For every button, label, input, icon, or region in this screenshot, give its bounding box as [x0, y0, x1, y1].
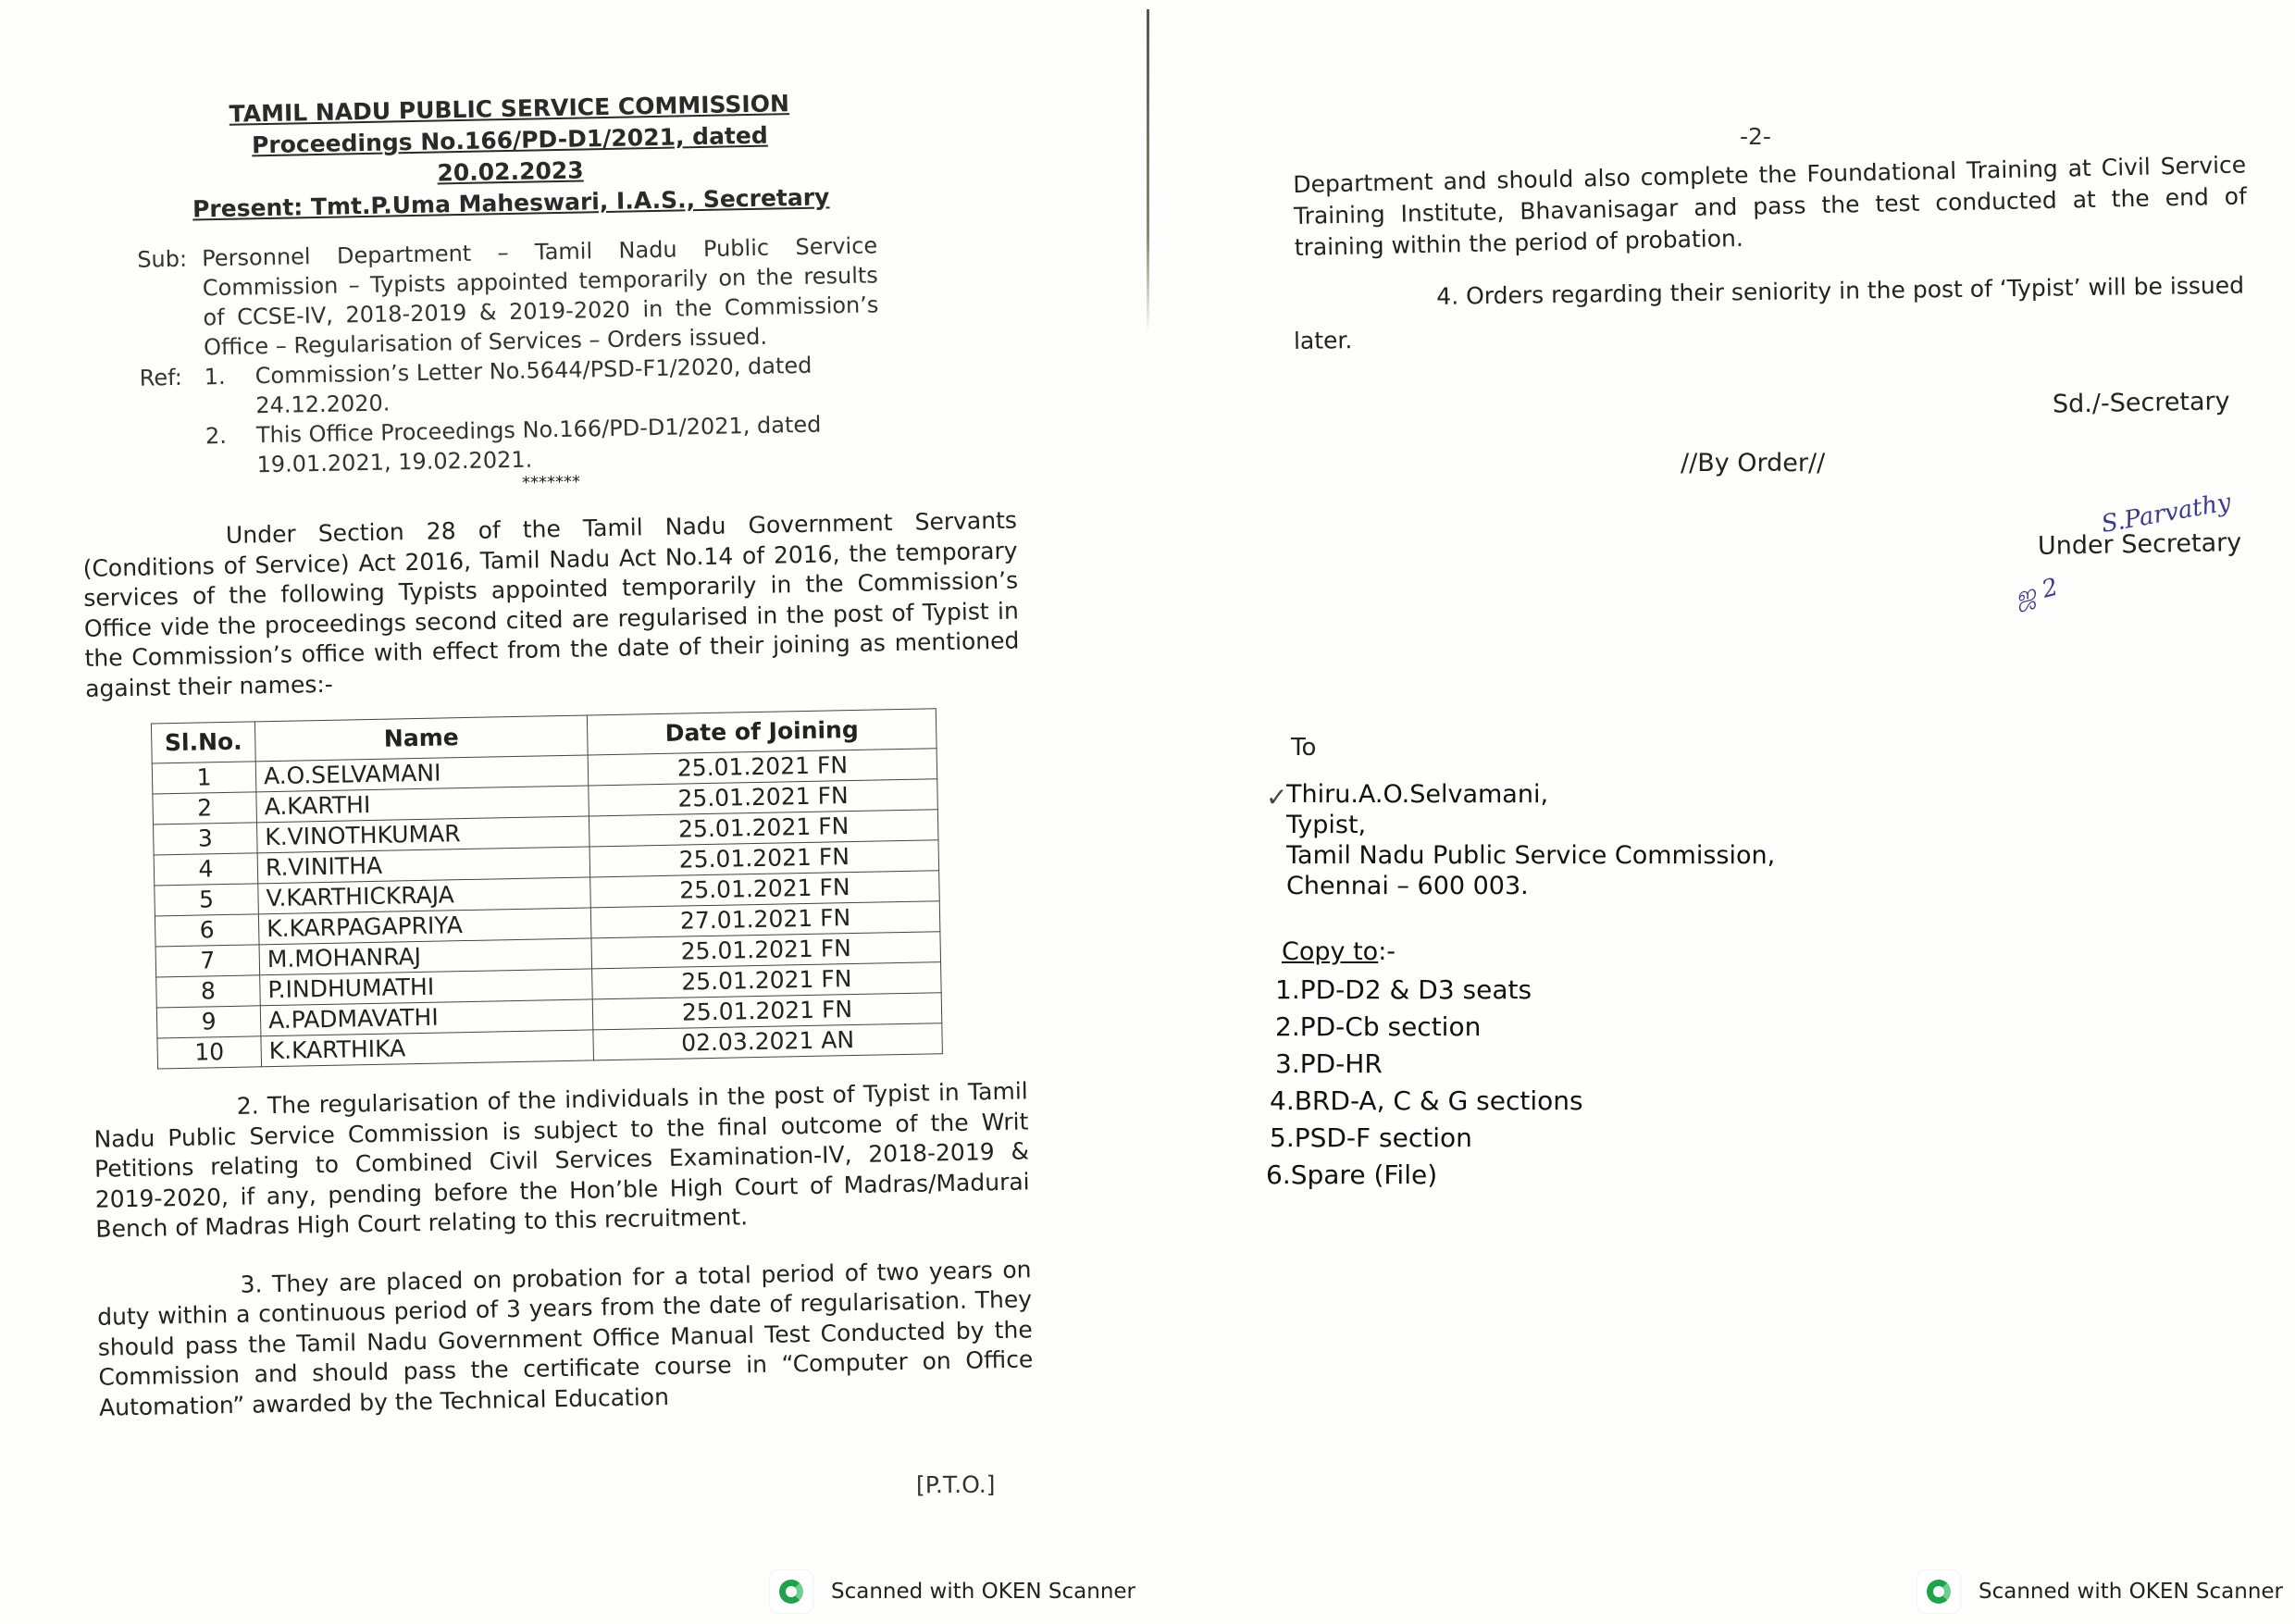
paragraph-2-text: 2. The regularisation of the individuals… [93, 1077, 1030, 1242]
scanner-watermark: Scanned with OKEN Scanner [1917, 1570, 2283, 1613]
paragraph-4-text: 4. Orders regarding their seniority in t… [1294, 272, 2244, 354]
cell-sl-no: 9 [156, 1006, 261, 1038]
oken-scanner-logo-icon [770, 1570, 813, 1613]
copy-to-item: 2.PD-Cb section [1275, 1009, 1583, 1046]
page-1: TAMIL NADU PUBLIC SERVICE COMMISSION Pro… [0, 0, 1147, 1624]
subject-text: Personnel Department – Tamil Nadu Public… [202, 230, 879, 362]
subject-label: Sub: [137, 244, 187, 275]
copy-to-item: 6.Spare (File) [1266, 1157, 1583, 1194]
to-label: To [1291, 734, 1316, 762]
cell-sl-no: 8 [156, 975, 261, 1008]
cell-sl-no: 5 [155, 884, 259, 916]
references-label: Ref: [139, 363, 182, 393]
cell-sl-no: 2 [153, 792, 257, 824]
header-sl-no: Sl.No. [151, 722, 255, 763]
paragraph-1: Under Section 28 of the Tamil Nadu Gover… [82, 506, 1021, 704]
address-line: Chennai – 600 003. [1286, 871, 1775, 901]
paragraph-3-continued: Department and should also complete the … [1293, 149, 2248, 264]
copy-to-label: Copy to [1282, 937, 1378, 966]
copy-to-suffix: :- [1378, 937, 1396, 966]
paragraph-3-text: 3. They are placed on probation for a to… [97, 1256, 1034, 1420]
copy-to-item: 5.PSD-F section [1270, 1120, 1583, 1157]
paragraph-2: 2. The regularisation of the individuals… [93, 1076, 1031, 1245]
header-date-of-joining: Date of Joining [587, 709, 937, 755]
address-line: Tamil Nadu Public Service Commission, [1286, 840, 1775, 871]
cell-sl-no: 10 [157, 1036, 262, 1069]
copy-to-heading: Copy to:- [1282, 937, 1396, 966]
under-secretary-label: Under Secretary [2038, 528, 2242, 561]
address-line: Thiru.A.O.Selvamani, [1286, 779, 1775, 810]
address-line: Typist, [1286, 810, 1775, 840]
cell-sl-no: 6 [155, 914, 259, 947]
subject-block: Sub: Personnel Department – Tamil Nadu P… [202, 230, 879, 362]
typists-table: Sl.No. Name Date of Joining 1A.O.SELVAMA… [151, 708, 943, 1069]
copy-to-item: 3.PD-HR [1275, 1046, 1583, 1083]
signed-secretary: Sd./-Secretary [2053, 387, 2230, 418]
cell-name: K.KARTHIKA [261, 1030, 594, 1067]
by-order: //By Order// [1681, 449, 1825, 477]
watermark-text: Scanned with OKEN Scanner [831, 1580, 1135, 1604]
scanner-watermark: Scanned with OKEN Scanner [770, 1570, 1135, 1613]
reference-number: 2. [205, 420, 257, 480]
copy-to-item: 4.BRD-A, C & G sections [1270, 1083, 1583, 1120]
paragraph-3: 3. They are placed on probation for a to… [96, 1255, 1034, 1423]
cell-sl-no: 4 [154, 853, 258, 886]
paragraph-1-text: Under Section 28 of the Tamil Nadu Gover… [82, 507, 1019, 702]
document-heading: TAMIL NADU PUBLIC SERVICE COMMISSION Pro… [185, 87, 835, 225]
oken-scanner-logo-icon [1917, 1570, 1960, 1613]
references-block: Ref: 1. Commission’s Letter No.5644/PSD-… [204, 349, 895, 480]
paragraph-4: 4. Orders regarding their seniority in t… [1293, 265, 2247, 363]
page-1-content: TAMIL NADU PUBLIC SERVICE COMMISSION Pro… [74, 83, 1043, 1422]
cell-sl-no: 1 [152, 762, 256, 794]
copy-to-item: 1.PD-D2 & D3 seats [1275, 972, 1583, 1009]
header-name: Name [254, 715, 588, 762]
copy-to-list: 1.PD-D2 & D3 seats 2.PD-Cb section 3.PD-… [1275, 972, 1583, 1194]
please-turn-over: [P.T.O.] [916, 1471, 996, 1499]
cell-sl-no: 7 [155, 945, 260, 977]
reference-text: This Office Proceedings No.166/PD-D1/202… [256, 408, 896, 479]
cell-sl-no: 3 [154, 823, 258, 855]
watermark-text: Scanned with OKEN Scanner [1979, 1580, 2283, 1604]
recipient-address: Thiru.A.O.Selvamani, Typist, Tamil Nadu … [1286, 779, 1775, 901]
cell-date-of-joining: 02.03.2021 AN [593, 1023, 943, 1060]
checkmark-icon: ✓ [1266, 782, 1287, 812]
page-number: -2- [1740, 123, 1771, 150]
reference-number: 1. [204, 361, 255, 421]
